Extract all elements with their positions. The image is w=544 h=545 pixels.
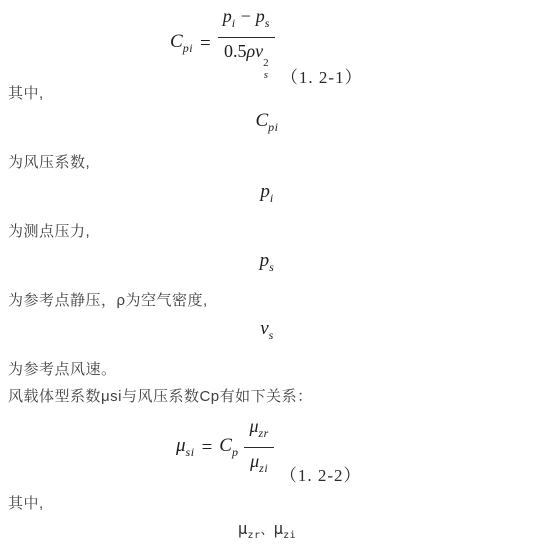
equation-2-numerator: μzr — [244, 416, 273, 448]
equation-1: Cpi = pi−ps 0.5ρv2s （1. 2-1） — [170, 6, 363, 81]
inline-symbol-ps: ps — [0, 250, 534, 275]
inline-symbol-mu-zr-zi: μzr、μzi — [0, 519, 534, 541]
equation-2-number: （1. 2-2） — [280, 461, 362, 486]
document-page: Cpi = pi−ps 0.5ρv2s （1. 2-1） 其中, Cpi 为风压… — [0, 0, 544, 545]
equals-sign: = — [202, 437, 213, 459]
inline-symbol-cpi: Cpi — [0, 110, 534, 135]
equals-sign: = — [200, 33, 211, 55]
equation-1-denominator: 0.5ρv2s — [219, 38, 274, 81]
paragraph-cpi-desc: 为风压系数, — [8, 153, 90, 173]
paragraph-where-2: 其中, — [8, 494, 44, 514]
paragraph-where-1: 其中, — [8, 84, 44, 104]
equation-1-numerator: pi−ps — [218, 6, 275, 38]
paragraph-relation: 风载体型系数μsi与风压系数Cp有如下关系： — [8, 387, 313, 407]
equation-2-coefficient: Cp — [219, 435, 238, 460]
equation-1-fraction: pi−ps 0.5ρv2s — [218, 6, 275, 81]
equation-2-lhs: μsi — [176, 435, 195, 460]
paragraph-pi-desc: 为测点压力, — [8, 222, 90, 242]
inline-symbol-vs: vs — [0, 318, 534, 343]
equation-2-fraction: μzr μzi — [244, 416, 273, 479]
inline-symbol-pi: pi — [0, 181, 534, 206]
equation-2-denominator: μzi — [245, 448, 273, 479]
paragraph-ps-desc: 为参考点静压，ρ为空气密度, — [8, 291, 208, 311]
equation-1-lhs: Cpi — [170, 31, 193, 56]
equation-2: μsi = Cp μzr μzi （1. 2-2） — [176, 416, 362, 479]
paragraph-vs-desc: 为参考点风速。 — [8, 360, 117, 380]
equation-1-number: （1. 2-1） — [281, 63, 363, 88]
